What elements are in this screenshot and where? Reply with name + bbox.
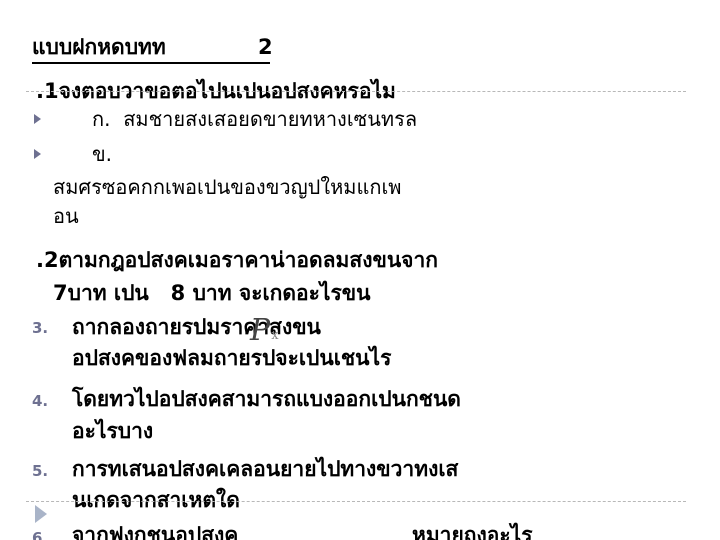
item-4-number: 4. — [32, 391, 48, 411]
item-b-continuation: อน — [53, 204, 79, 228]
item-a-text: สมชายสงเสอยดขายทหางเซนทรล — [123, 107, 417, 131]
formula-subscript: x — [271, 328, 278, 343]
item-a-prefix: ก. — [92, 107, 110, 131]
item-3-line-2: อปสงคของฟลมถายรปจะเปนเชนไร — [72, 345, 391, 371]
item-5-line-1: การทเสนอปสงคเคลอนยายไปทางขวาทงเส — [72, 456, 458, 482]
slide-title: แบบฝกหดบทท 2 — [32, 34, 270, 60]
item-5-line-2: นเกดจากสาเหตใด — [72, 487, 240, 513]
dashed-rule-top — [26, 91, 686, 92]
item-5-number: 5. — [32, 461, 48, 481]
formula-symbol: P — [250, 313, 270, 348]
question-1-item-b-text: สมศรซอคกกเพอเปนของขวญปใหมแกเพ — [53, 174, 402, 200]
item-6-number: 6. — [32, 528, 48, 540]
slide-title-number: 2 — [258, 34, 273, 60]
item-6-line-1-left: จากฟงกชนอปสงค — [72, 522, 238, 540]
formula-px: Px — [250, 316, 278, 359]
item-b-prefix: ข. — [92, 142, 112, 166]
question-2-line-1: .2ตามกฎอปสงคเมอราคาน่าอดลมสงขนจาก — [36, 247, 438, 273]
triangle-bullet-icon — [34, 114, 41, 124]
item-4-line-1: โดยทวไปอปสงคสามารถแบงออกเปนกชนด — [72, 386, 461, 412]
slide-title-text: แบบฝกหดบทท — [32, 35, 166, 59]
question-1-item-a: ก. สมชายสงเสอยดขายทหางเซนทรล — [92, 106, 417, 132]
question-1-item-b-continuation: อน — [53, 203, 79, 229]
question-2-line-2: 7บาท เปน 8 บาท จะเกดอะไรขน — [53, 280, 370, 306]
triangle-bullet-icon — [35, 505, 47, 523]
question-1-item-b-prefix: ข. — [92, 141, 112, 167]
slide: แบบฝกหดบทท 2 .1จงตอบวาขอตอไปนเปนอปสงคหรอ… — [0, 0, 720, 540]
triangle-bullet-icon — [34, 149, 41, 159]
item-4-line-2: อะไรบาง — [72, 418, 153, 444]
question-2-label: .2 — [36, 248, 59, 272]
title-underline — [32, 62, 270, 64]
item-b-text: สมศรซอคกกเพอเปนของขวญปใหมแกเพ — [53, 175, 402, 199]
dashed-rule-bottom — [26, 501, 686, 502]
question-2-text: ตามกฎอปสงคเมอราคาน่าอดลมสงขนจาก — [59, 248, 438, 272]
item-3-number: 3. — [32, 318, 48, 338]
item-6-line-1-right: หมายถงอะไร — [412, 522, 532, 540]
item-3-line-1: ถากลองถายรปมราคาสงขน — [72, 314, 321, 340]
